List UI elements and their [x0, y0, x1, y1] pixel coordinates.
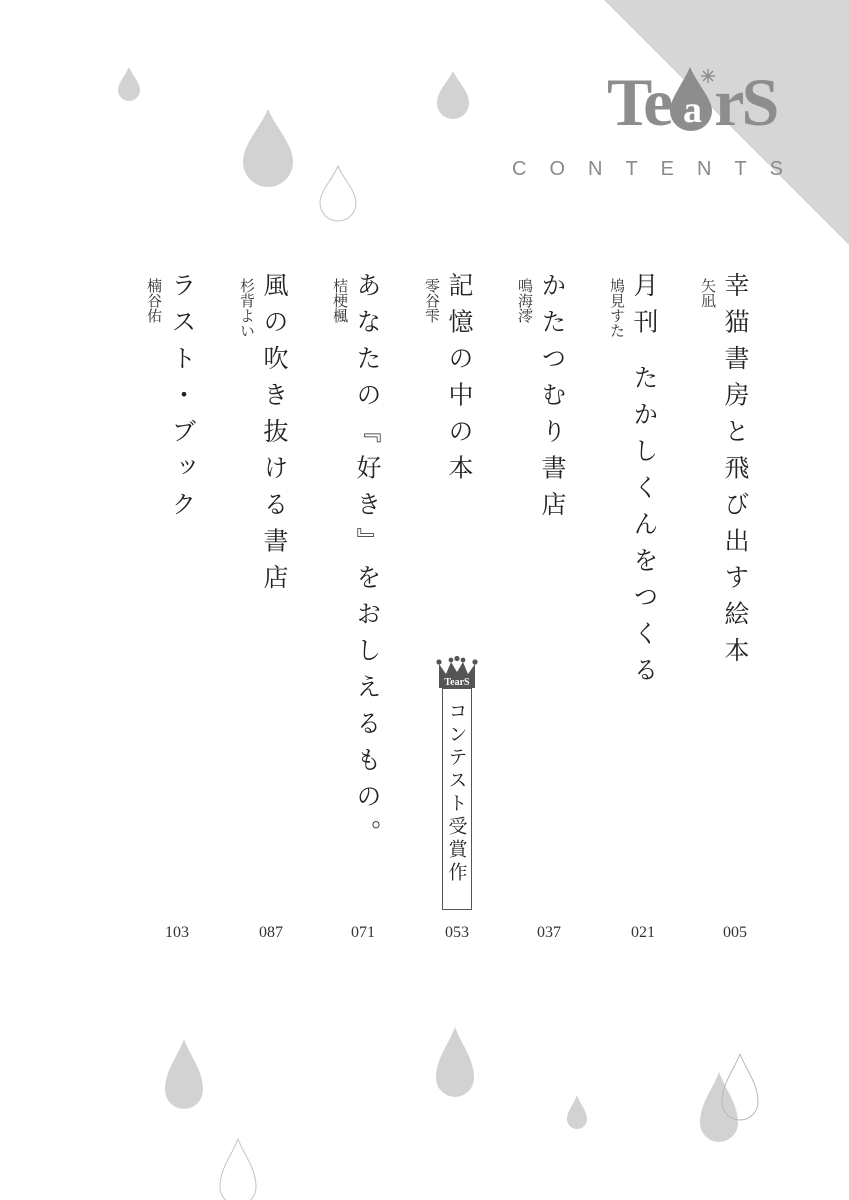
logo-drop-icon: a — [668, 69, 716, 131]
contest-award-badge: TearS コンテスト受賞作 — [436, 656, 478, 910]
toc-entry-title[interactable]: あなたの『好き』をおしえるもの。 — [355, 272, 380, 856]
toc-entry-page[interactable]: 053 — [432, 924, 482, 942]
logo-text-pre: Te — [607, 64, 670, 140]
toc-entry-title[interactable]: 幸猫書房と飛び出す絵本 — [723, 272, 748, 674]
toc-entry-author: 杉背よい — [239, 278, 254, 338]
raindrop-outline-icon — [219, 1138, 257, 1200]
contents-heading: CONTENTS — [512, 158, 806, 181]
raindrop-icon — [566, 1094, 588, 1130]
toc-entry-author: 矢凪 — [700, 278, 715, 308]
toc-entry-page[interactable]: 037 — [524, 924, 574, 942]
toc-entry-author: 零谷雫 — [424, 278, 439, 323]
toc-entry-page[interactable]: 071 — [338, 924, 388, 942]
toc-entry-title[interactable]: かたつむり書店 — [540, 272, 565, 528]
toc-entry-page[interactable]: 087 — [246, 924, 296, 942]
raindrop-icon — [435, 1026, 475, 1098]
toc-entry-title[interactable]: 月刊 たかしくんをつくる — [632, 272, 657, 693]
raindrop-outline-icon — [721, 1053, 759, 1121]
raindrop-icon — [242, 108, 294, 188]
toc-entry-page[interactable]: 103 — [152, 924, 202, 942]
raindrop-outline-icon — [319, 165, 357, 222]
toc-entry-title[interactable]: 風の吹き抜ける書店 — [262, 272, 287, 601]
svg-text:TearS: TearS — [444, 677, 470, 688]
logo-text-post: rS — [714, 64, 776, 140]
tears-logo: Te a rS — [607, 68, 776, 136]
toc-entry-author: 鳴海澪 — [517, 278, 532, 323]
award-label: コンテスト受賞作 — [442, 688, 472, 910]
toc-entry-author: 桔梗楓 — [332, 278, 347, 323]
raindrop-icon — [436, 70, 470, 120]
raindrop-icon — [164, 1038, 204, 1110]
toc-entry-title[interactable]: 記憶の中の本 — [447, 272, 472, 491]
toc-entry-title[interactable]: ラスト・ブック — [170, 272, 195, 528]
toc-entry-page[interactable]: 021 — [618, 924, 668, 942]
toc-entry-author: 楠谷佑 — [146, 278, 161, 323]
crown-icon: TearS — [436, 656, 478, 688]
toc-entry-page[interactable]: 005 — [710, 924, 760, 942]
raindrop-icon — [117, 66, 141, 102]
toc-entry-author: 鳩見すた — [609, 278, 624, 338]
